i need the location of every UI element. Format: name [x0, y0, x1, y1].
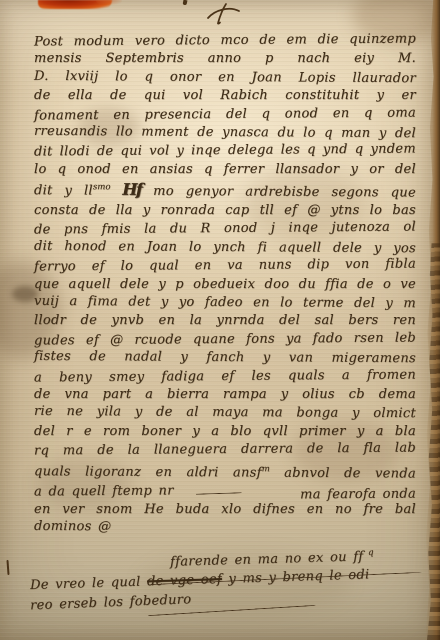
manuscript-text-block: Post modum vero dicto mco de em die quin… — [34, 32, 416, 538]
manuscript-line: llodr de ynvb en la ynrnda del sal bers … — [34, 312, 416, 330]
manuscript-line: de pns fmis la du R onod j inqe jutenoza… — [34, 219, 416, 240]
manuscript-line: del r e rom boner y a blo qvll primer y … — [34, 423, 416, 441]
manuscript-line: ferryo ef lo qual en va nuns dip von fib… — [34, 256, 416, 277]
manuscript-footer-block: ffarende en ma no ex ou ff qDe vreo le q… — [30, 548, 414, 608]
manuscript-line: D. lxviij lo q onor en Joan Lopis llaura… — [34, 68, 416, 89]
manuscript-line: Post modum vero dicto mco de em die quin… — [34, 31, 416, 52]
manuscript-line: a beny smey fadiga ef les quals a fromen — [34, 366, 416, 387]
manuscript-line: mensis Septembris anno p nach eiy M. — [34, 50, 416, 68]
notarial-cross-icon — [203, 2, 245, 26]
manuscript-line: lo q onod en ansias q ferrer llansador y… — [34, 161, 416, 179]
manuscript-line: consta de lla y ronrada cap tll ef @ ytn… — [34, 202, 416, 220]
manuscript-line: a da quell ftemp nrma fearofa onda — [34, 481, 416, 502]
manuscript-line: rq ma de la llaneguera darrera de la fla… — [34, 440, 416, 461]
manuscript-line: dit y llsmo Hf mo genyor ardrebisbe sego… — [34, 178, 416, 203]
manuscript-line: de vna part a bierra rampa y olius cb de… — [34, 386, 416, 404]
manuscript-line: dominos @ — [34, 518, 416, 539]
manuscript-page: Post modum vero dicto mco de em die quin… — [0, 0, 440, 640]
top-edge-pen-mark — [183, 0, 188, 5]
wax-seal-residue-smear — [96, 0, 122, 5]
manuscript-line: fistes de nadal y fanch y van migeramens — [34, 348, 416, 369]
manuscript-line: vuij a fima det y yo fadeo en lo terme d… — [34, 293, 416, 314]
manuscript-line: dit llodi de qui vol y inqe delega les q… — [34, 141, 416, 162]
manuscript-line: que aquell dele y p obedueix doo du ffia… — [34, 276, 416, 294]
manuscript-line: de ella de qui vol Rabich constituhit y … — [34, 87, 416, 105]
margin-tick — [6, 560, 9, 575]
manuscript-line: rie ne yila y de al maya ma bonga y olmi… — [34, 403, 416, 424]
manuscript-line: quals ligoranz en aldri ansfm abnvol de … — [34, 459, 416, 484]
